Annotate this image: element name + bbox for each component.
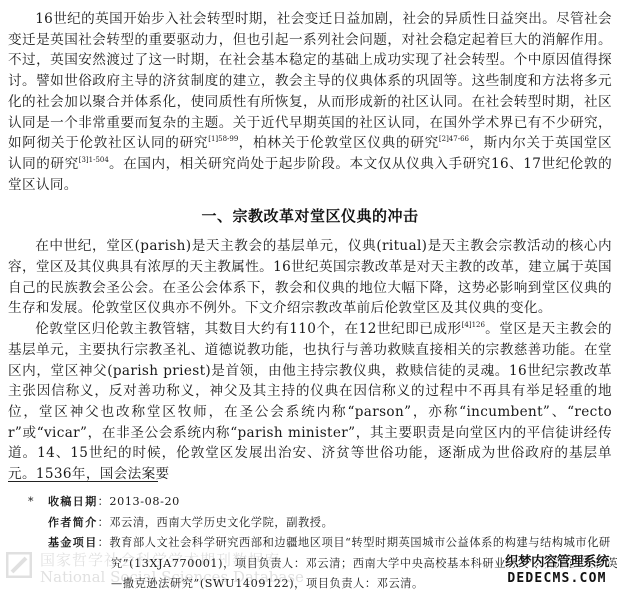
fund-value-line-2: 究”(13XJA770001)，项目负责人：邓云清；西南大学中央高校基本科研业务… bbox=[28, 554, 614, 575]
citation-1: [1]58-99 bbox=[208, 135, 238, 143]
received-date-label: 收稿日期 bbox=[48, 492, 98, 513]
citation-3: [3]1-504 bbox=[79, 156, 109, 164]
footnotes: * 收稿日期 ：2013-08-20 作者简介 ：邓云清，西南大学历史文化学院，… bbox=[28, 492, 614, 591]
fund-label: 基金项目 bbox=[48, 533, 98, 554]
author-value: ：邓云清，西南大学历史文化学院，副教授。 bbox=[98, 513, 334, 534]
intro-paragraph: 16世纪的英国开始步入社会转型时期，社会变迁日益加剧，社会的异质性日益突出。尽管… bbox=[8, 9, 612, 195]
citation-2: [2]47-66 bbox=[439, 135, 469, 143]
section-paragraph-2-text-a: 伦敦堂区归伦敦主教管辖，其数目大约有110个，在12世纪即已成形 bbox=[35, 321, 461, 337]
received-date-value: ：2013-08-20 bbox=[98, 492, 180, 513]
article-page: 16世纪的英国开始步入社会转型时期，社会变迁日益加剧，社会的异质性日益突出。尽管… bbox=[8, 8, 612, 485]
section-heading: 一、宗教改革对堂区仪典的冲击 bbox=[8, 205, 612, 227]
footnote-received: * 收稿日期 ：2013-08-20 bbox=[28, 492, 614, 513]
footnote-author: 作者简介 ：邓云清，西南大学历史文化学院，副教授。 bbox=[28, 513, 614, 534]
section-paragraph-2: 伦敦堂区归伦敦主教管辖，其数目大约有110个，在12世纪即已成形[4]126。堂… bbox=[8, 319, 612, 485]
footnote-divider bbox=[8, 481, 158, 482]
fund-value-line-1: ：教育部人文社会科学研究西部和边疆地区项目“转型时期英国城市公益体系的构建与结构… bbox=[98, 533, 611, 554]
author-label: 作者简介 bbox=[48, 513, 98, 534]
footnote-fund: 基金项目 ：教育部人文社会科学研究西部和边疆地区项目“转型时期英国城市公益体系的… bbox=[28, 533, 614, 554]
intro-text-1: 16世纪的英国开始步入社会转型时期，社会变迁日益加剧，社会的异质性日益突出。尽管… bbox=[8, 11, 612, 151]
fund-value-line-3: —撒克逊法研究”(SWU1409122)，项目负责人：邓云清。 bbox=[28, 574, 614, 591]
intro-text-2: ，柏林关于伦敦堂区仪典的研究 bbox=[238, 135, 439, 151]
section-paragraph-1: 在中世纪，堂区(parish)是天主教会的基层单元，仪典(ritual)是天主教… bbox=[8, 236, 612, 319]
citation-4: [4]126 bbox=[462, 321, 485, 329]
section-paragraph-2-text-b: 。堂区是天主教会的基层单元，主要执行宗教圣礼、道德说教功能，也执行与善功救赎直接… bbox=[8, 321, 612, 482]
footnote-marker: * bbox=[28, 492, 48, 513]
